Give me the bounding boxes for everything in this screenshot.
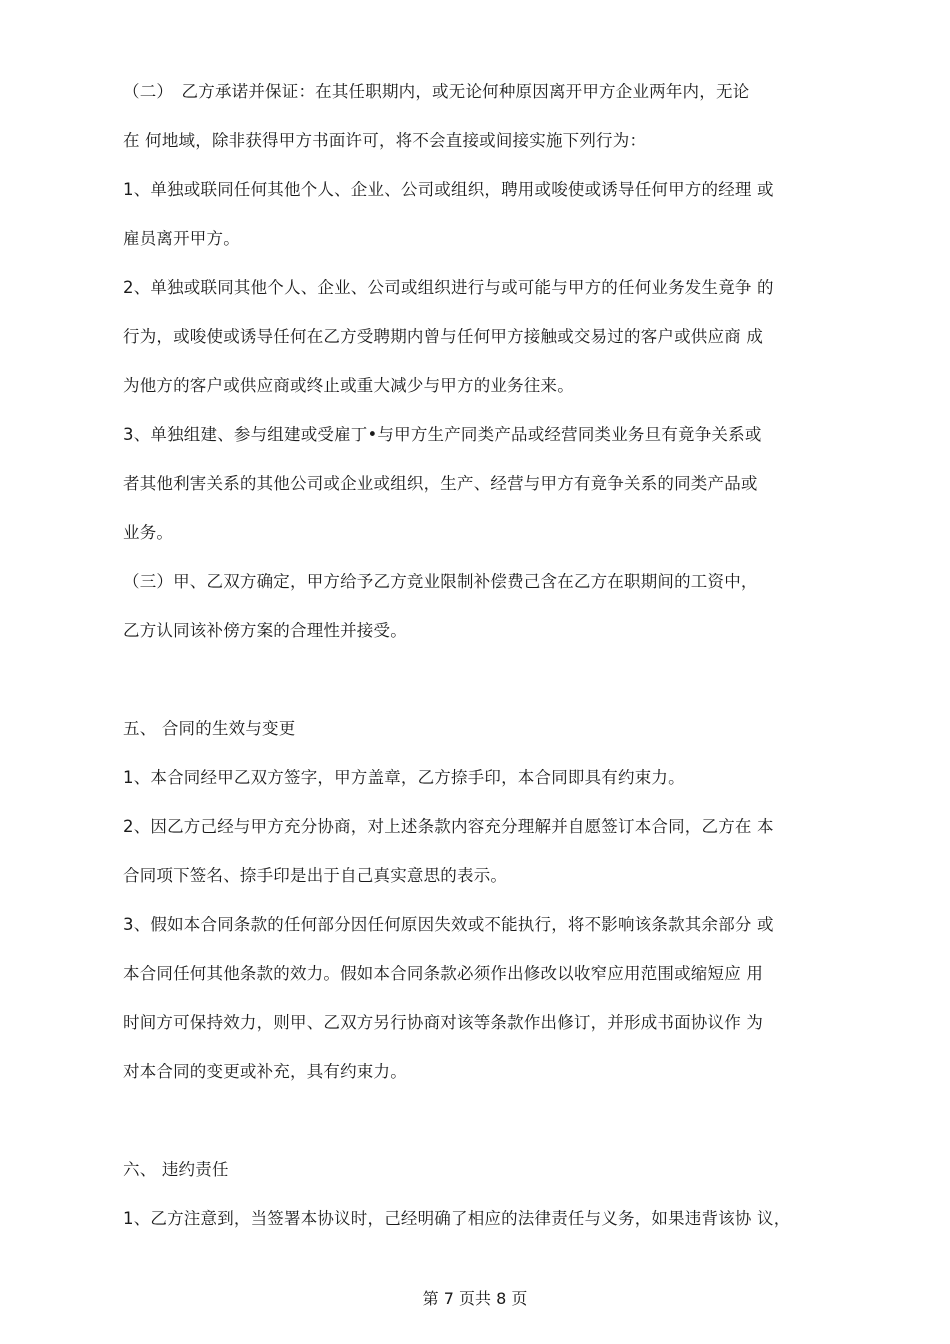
text-line: 雇员离开甲方。	[123, 228, 833, 250]
text-line: 本合同任何其他条款的效力。假如本合同条款必须作出修改以收窄应用范围或缩短应 用	[123, 963, 833, 985]
text-line: 1、本合同经甲乙双方签字，甲方盖章，乙方捺手印，本合同即具有约束力。	[123, 767, 833, 789]
text-line: 业务。	[123, 522, 833, 544]
text-line: 合同项下签名、捺手印是出于自己真实意思的表示。	[123, 865, 833, 887]
text-line: （二） 乙方承诺并保证：在其任职期内，或无论何种原因离开甲方企业两年内，无论	[123, 81, 833, 103]
text-line: 3、单独组建、参与组建或受雇丁•与甲方生产同类产品或经营同类业务旦有竟争关系或	[123, 424, 833, 446]
text-line: 对本合同的变更或补充，具有约束力。	[123, 1061, 833, 1083]
text-line: 时间方可保持效力，则甲、乙双方另行协商对该等条款作出修订，并形成书面协议作 为	[123, 1012, 833, 1034]
text-line: 1、乙方注意到，当签署本协议时，己经明确了相应的法律责任与义务，如果违背该协 议…	[123, 1208, 833, 1230]
page-footer: 第 7 页共 8 页	[0, 1288, 950, 1310]
text-line: 乙方认同该补傍方案的合理性并接受。	[123, 620, 833, 642]
text-line: 在 何地域，除非获得甲方书面许可，将不会直接或间接实施下列行为：	[123, 130, 833, 152]
text-line: 1、单独或联同任何其他个人、企业、公司或组织，聘用或唆使或诱导任何甲方的经理 或	[123, 179, 833, 201]
text-line: 者其他利害关系的其他公司或企业或组织，生产、经营与甲方有竟争关系的同类产品或	[123, 473, 833, 495]
text-line: 2、单独或联同其他个人、企业、公司或组织进行与或可能与甲方的任何业务发生竟争 的	[123, 277, 833, 299]
document-page: （二） 乙方承诺并保证：在其任职期内，或无论何种原因离开甲方企业两年内，无论在 …	[0, 0, 950, 1344]
text-line: 六、 违约责任	[123, 1159, 833, 1181]
text-line: 五、 合同的生效与变更	[123, 718, 833, 740]
text-line: 为他方的客户或供应商或终止或重大减少与甲方的业务往来。	[123, 375, 833, 397]
text-line: 2、因乙方己经与甲方充分协商，对上述条款内容充分理解并自愿签订本合同，乙方在 本	[123, 816, 833, 838]
text-line: 行为，或唆使或诱导任何在乙方受聘期内曾与任何甲方接触或交易过的客户或供应商 成	[123, 326, 833, 348]
text-line: 3、假如本合同条款的任何部分因任何原因失效或不能执行，将不影响该条款其余部分 或	[123, 914, 833, 936]
text-line: （三）甲、乙双方确定，甲方给予乙方竞业限制补偿费己含在乙方在职期间的工资中，	[123, 571, 833, 593]
